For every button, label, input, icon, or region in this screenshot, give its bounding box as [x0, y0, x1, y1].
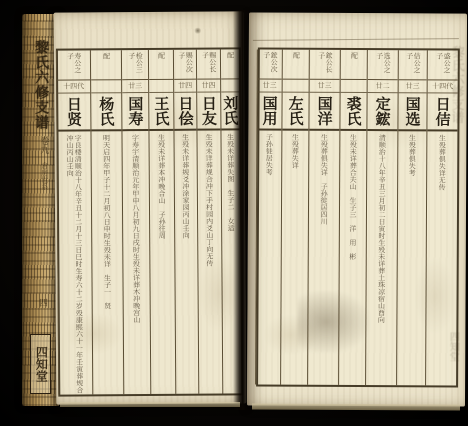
entry-parent-ref-cell: 鋐公长子	[310, 50, 340, 80]
entry-biography: 字良楼清顺治十八年辛丑十二月十三日巳时生寿六十二岁殁康熙六十一年壬寅葬规合冲山丙…	[66, 134, 84, 394]
entry-parent-ref: 配	[292, 52, 299, 79]
entry-name-cell: 王氏	[149, 93, 173, 131]
genealogy-entry: 寿公之子 十四代 日贤 字良楼清顺治十八年辛丑十二月十三日巳时生寿六十二岁殁康熙…	[56, 50, 92, 394]
spine-leaf-number: 四	[39, 296, 48, 309]
entry-generation: 十四代	[57, 80, 90, 93]
page-crease	[253, 38, 459, 41]
entry-name: 左氏	[287, 96, 303, 126]
genealogy-entry: 选公之子 廿二 定鋐 清顺治十八年辛丑三月初二日寅时生殁未详葬土珠凉宿山酉向	[365, 50, 398, 385]
entry-name-cell: 国用	[257, 92, 281, 130]
entry-biography-cell: 生殁葬失详	[281, 131, 308, 385]
entry-biography-cell: 生殁葬俱失详 子孙徙居四川	[308, 131, 339, 385]
genealogy-entry: 鋐公次子 廿三 国用 子孙徙居失考	[255, 49, 282, 384]
entry-biography: 子孙徙居失考	[264, 134, 273, 385]
entry-generation: 廿四	[197, 80, 220, 93]
ink-speck	[194, 28, 202, 34]
entry-parent-ref-cell: 配	[149, 50, 173, 80]
entry-parent-ref: 鋐公次子	[262, 52, 277, 79]
entry-biography-cell: 字寿宇清顺治元年甲申八月初九日戌时生殁未详葬木冲晚宫山	[122, 131, 150, 394]
entry-parent-ref: 赐公长子	[201, 52, 216, 79]
entry-biography: 字寿宇清顺治元年甲申八月初九日戌时生殁未详葬木冲晚宫山	[131, 134, 141, 394]
genealogy-entry: 佶公之子 廿三 国选 生殁葬俱失考	[396, 50, 427, 385]
entry-biography: 生殁葬失详	[290, 134, 299, 385]
entry-generation: 廿二	[368, 80, 398, 93]
entry-parent-ref: 选公之子	[375, 52, 390, 79]
entry-name: 日侩	[177, 96, 193, 126]
entry-generation: 廿三	[310, 80, 340, 93]
entry-parent-ref: 鋐公长子	[317, 52, 332, 79]
entry-parent-ref-cell: 赐公次子	[174, 50, 196, 80]
entry-name-cell: 左氏	[282, 93, 308, 131]
entry-parent-ref-cell: 配	[341, 50, 367, 80]
left-genealogy-table: 配 刘氏 生殁未详葬失图 生子二 女适 赐公长子 廿四 日友	[56, 47, 243, 396]
entry-parent-ref-cell: 鋐公次子	[258, 49, 282, 79]
genealogy-entry: 赐公长子 廿四 日友 生殁未详葬规合冲下手村园内爻山丁向无传	[196, 50, 222, 394]
genealogy-entry: 赐公次子 廿四 日侩 生殁未详葬规爻冲涂家园丙山壬向	[173, 50, 198, 394]
entry-generation: 廿三	[258, 79, 282, 92]
entry-name-cell: 裘氏	[340, 93, 366, 131]
entry-parent-ref: 配	[102, 52, 110, 79]
entry-biography-cell: 生殁未详葬规爻冲涂家园丙山壬向	[174, 131, 198, 394]
spine-title: 黎氏六修支谱	[33, 40, 48, 130]
entry-biography-cell: 明天启四年甲子十二月初八日申时生殁未详 生子一 贤	[91, 131, 123, 394]
entry-name-cell: 国寿	[122, 93, 148, 131]
hall-mark: 四知堂	[30, 334, 51, 394]
entry-biography: 生殁未详葬规合冲下手村园内爻山丁向无传	[205, 134, 215, 394]
entry-parent-ref-cell: 寿公之子	[57, 50, 90, 80]
book-photo: 黎氏六修支谱 卷九 倉房世系 四 四知堂 配 刘氏 生殁未详葬失图 生子二 女适	[0, 0, 468, 426]
entry-biography: 清顺治十八年辛丑三月初二日寅时生殁未详葬土珠凉宿山酉向	[377, 134, 386, 385]
entry-biography: 生殁未详葬规爻冲涂家园丙山壬向	[181, 134, 191, 394]
entry-generation	[283, 80, 309, 93]
genealogy-entry: 配 裘氏 生殁未详葬合夫山 生子三 洋 用 彬	[338, 50, 367, 385]
entry-biography: 生殁未详葬本冲晚合山 子孙往周	[157, 134, 167, 394]
entry-name-cell: 国选	[398, 93, 426, 131]
entry-name: 杨氏	[98, 96, 114, 126]
entry-biography-cell: 字良楼清顺治十八年辛丑十二月十三日巳时生寿六十二岁殁康熙六十一年壬寅葬规合冲山丙…	[57, 131, 92, 394]
entry-name-cell: 日贤	[57, 93, 90, 131]
right-fold-strip: 黎氏六修支谱 四知堂	[442, 31, 466, 406]
right-genealogy-table: 盛公之子 十四代 日佶 生殁葬俱失详无传 佶公之子 廿三 国选	[256, 47, 460, 387]
entry-parent-ref-cell: 配	[283, 50, 309, 80]
entry-generation	[341, 80, 367, 93]
entry-biography-cell: 子孙徙居失考	[256, 130, 281, 384]
entry-generation	[149, 80, 173, 93]
entry-name: 国寿	[127, 96, 143, 126]
entry-parent-ref: 配	[157, 52, 165, 79]
entry-biography-cell: 生殁葬俱失考	[397, 131, 426, 385]
right-page: 盛公之子 十四代 日佶 生殁葬俱失详无传 佶公之子 廿三 国选	[247, 12, 467, 406]
page-stack-edge-right	[252, 403, 460, 410]
entry-name: 国选	[404, 96, 420, 126]
entry-biography: 生殁葬俱失考	[407, 134, 416, 385]
entry-generation: 廿三	[399, 80, 427, 93]
entry-parent-ref-cell: 选公之子	[368, 50, 398, 80]
right-fold-hall-mark: 四知堂	[447, 331, 458, 361]
genealogy-entry: 配 左氏 生殁葬失详	[280, 50, 309, 385]
entry-generation: 廿四	[174, 80, 196, 93]
entry-name: 裘氏	[345, 96, 361, 126]
entry-biography-cell: 生殁未详葬本冲晚合山 子孙往周	[149, 131, 175, 394]
entry-parent-ref-cell: 配	[91, 50, 121, 80]
entry-generation	[91, 80, 121, 93]
page-stack-edge-left	[60, 402, 240, 407]
entry-name: 定鋐	[374, 96, 390, 126]
entry-name: 日贤	[66, 96, 82, 126]
genealogy-entry: 检公三子 廿三 国寿 字寿宇清顺治元年甲申八月初九日戌时生殁未详葬木冲晚宫山	[121, 50, 150, 394]
entry-name: 国洋	[316, 96, 332, 126]
entry-parent-ref-cell: 赐公长子	[197, 50, 220, 80]
entry-parent-ref: 赐公次子	[178, 52, 193, 79]
entry-biography-cell: 清顺治十八年辛丑三月初二日寅时生殁未详葬土珠凉宿山酉向	[366, 131, 397, 385]
entry-generation: 廿三	[122, 80, 148, 93]
left-page: 配 刘氏 生殁未详葬失图 生子二 女适 赐公长子 廿四 日友	[54, 11, 247, 404]
entry-name-cell: 国洋	[309, 93, 339, 131]
genealogy-entry: 配 杨氏 明天启四年甲子十二月初八日申时生殁未详 生子一 贤	[90, 50, 123, 394]
entry-biography-cell: 生殁未详葬规合冲下手村园内爻山丁向无传	[197, 131, 222, 394]
right-fold-title: 黎氏六修支谱	[448, 45, 463, 123]
entry-parent-ref-cell: 检公三子	[122, 50, 148, 80]
entry-name-cell: 日侩	[174, 93, 196, 131]
entry-biography: 生殁未详葬合夫山 生子三 洋 用 彬	[348, 134, 357, 385]
entry-biography: 明天启四年甲子十二月初八日申时生殁未详 生子一 贤	[102, 134, 112, 394]
entry-name-cell: 日友	[197, 93, 220, 131]
spine-volume-label: 卷九	[38, 136, 48, 154]
entry-name-cell: 定鋐	[367, 93, 397, 131]
entry-biography-cell: 生殁未详葬合夫山 生子三 洋 用 彬	[339, 131, 366, 385]
entry-parent-ref: 配	[350, 52, 357, 79]
entry-biography: 生殁葬俱失详 子孙徙居四川	[319, 134, 328, 385]
genealogy-entry: 鋐公长子 廿三 国洋 生殁葬俱失详 子孙徙居四川	[307, 50, 340, 385]
entry-name-cell: 杨氏	[91, 93, 121, 131]
hall-mark-text: 四知堂	[34, 346, 48, 382]
spine-section-label: 倉房世系	[40, 162, 48, 190]
entry-name: 日友	[201, 96, 217, 126]
genealogy-entry: 配 王氏 生殁未详葬本冲晚合山 子孙往周	[148, 50, 175, 394]
entry-parent-ref-cell: 佶公之子	[399, 50, 427, 80]
entry-name: 国用	[261, 95, 277, 125]
entry-parent-ref: 寿公之子	[66, 52, 81, 79]
entry-name: 王氏	[153, 96, 169, 126]
entry-parent-ref: 佶公之子	[405, 52, 420, 79]
entry-parent-ref: 检公三子	[128, 52, 143, 79]
